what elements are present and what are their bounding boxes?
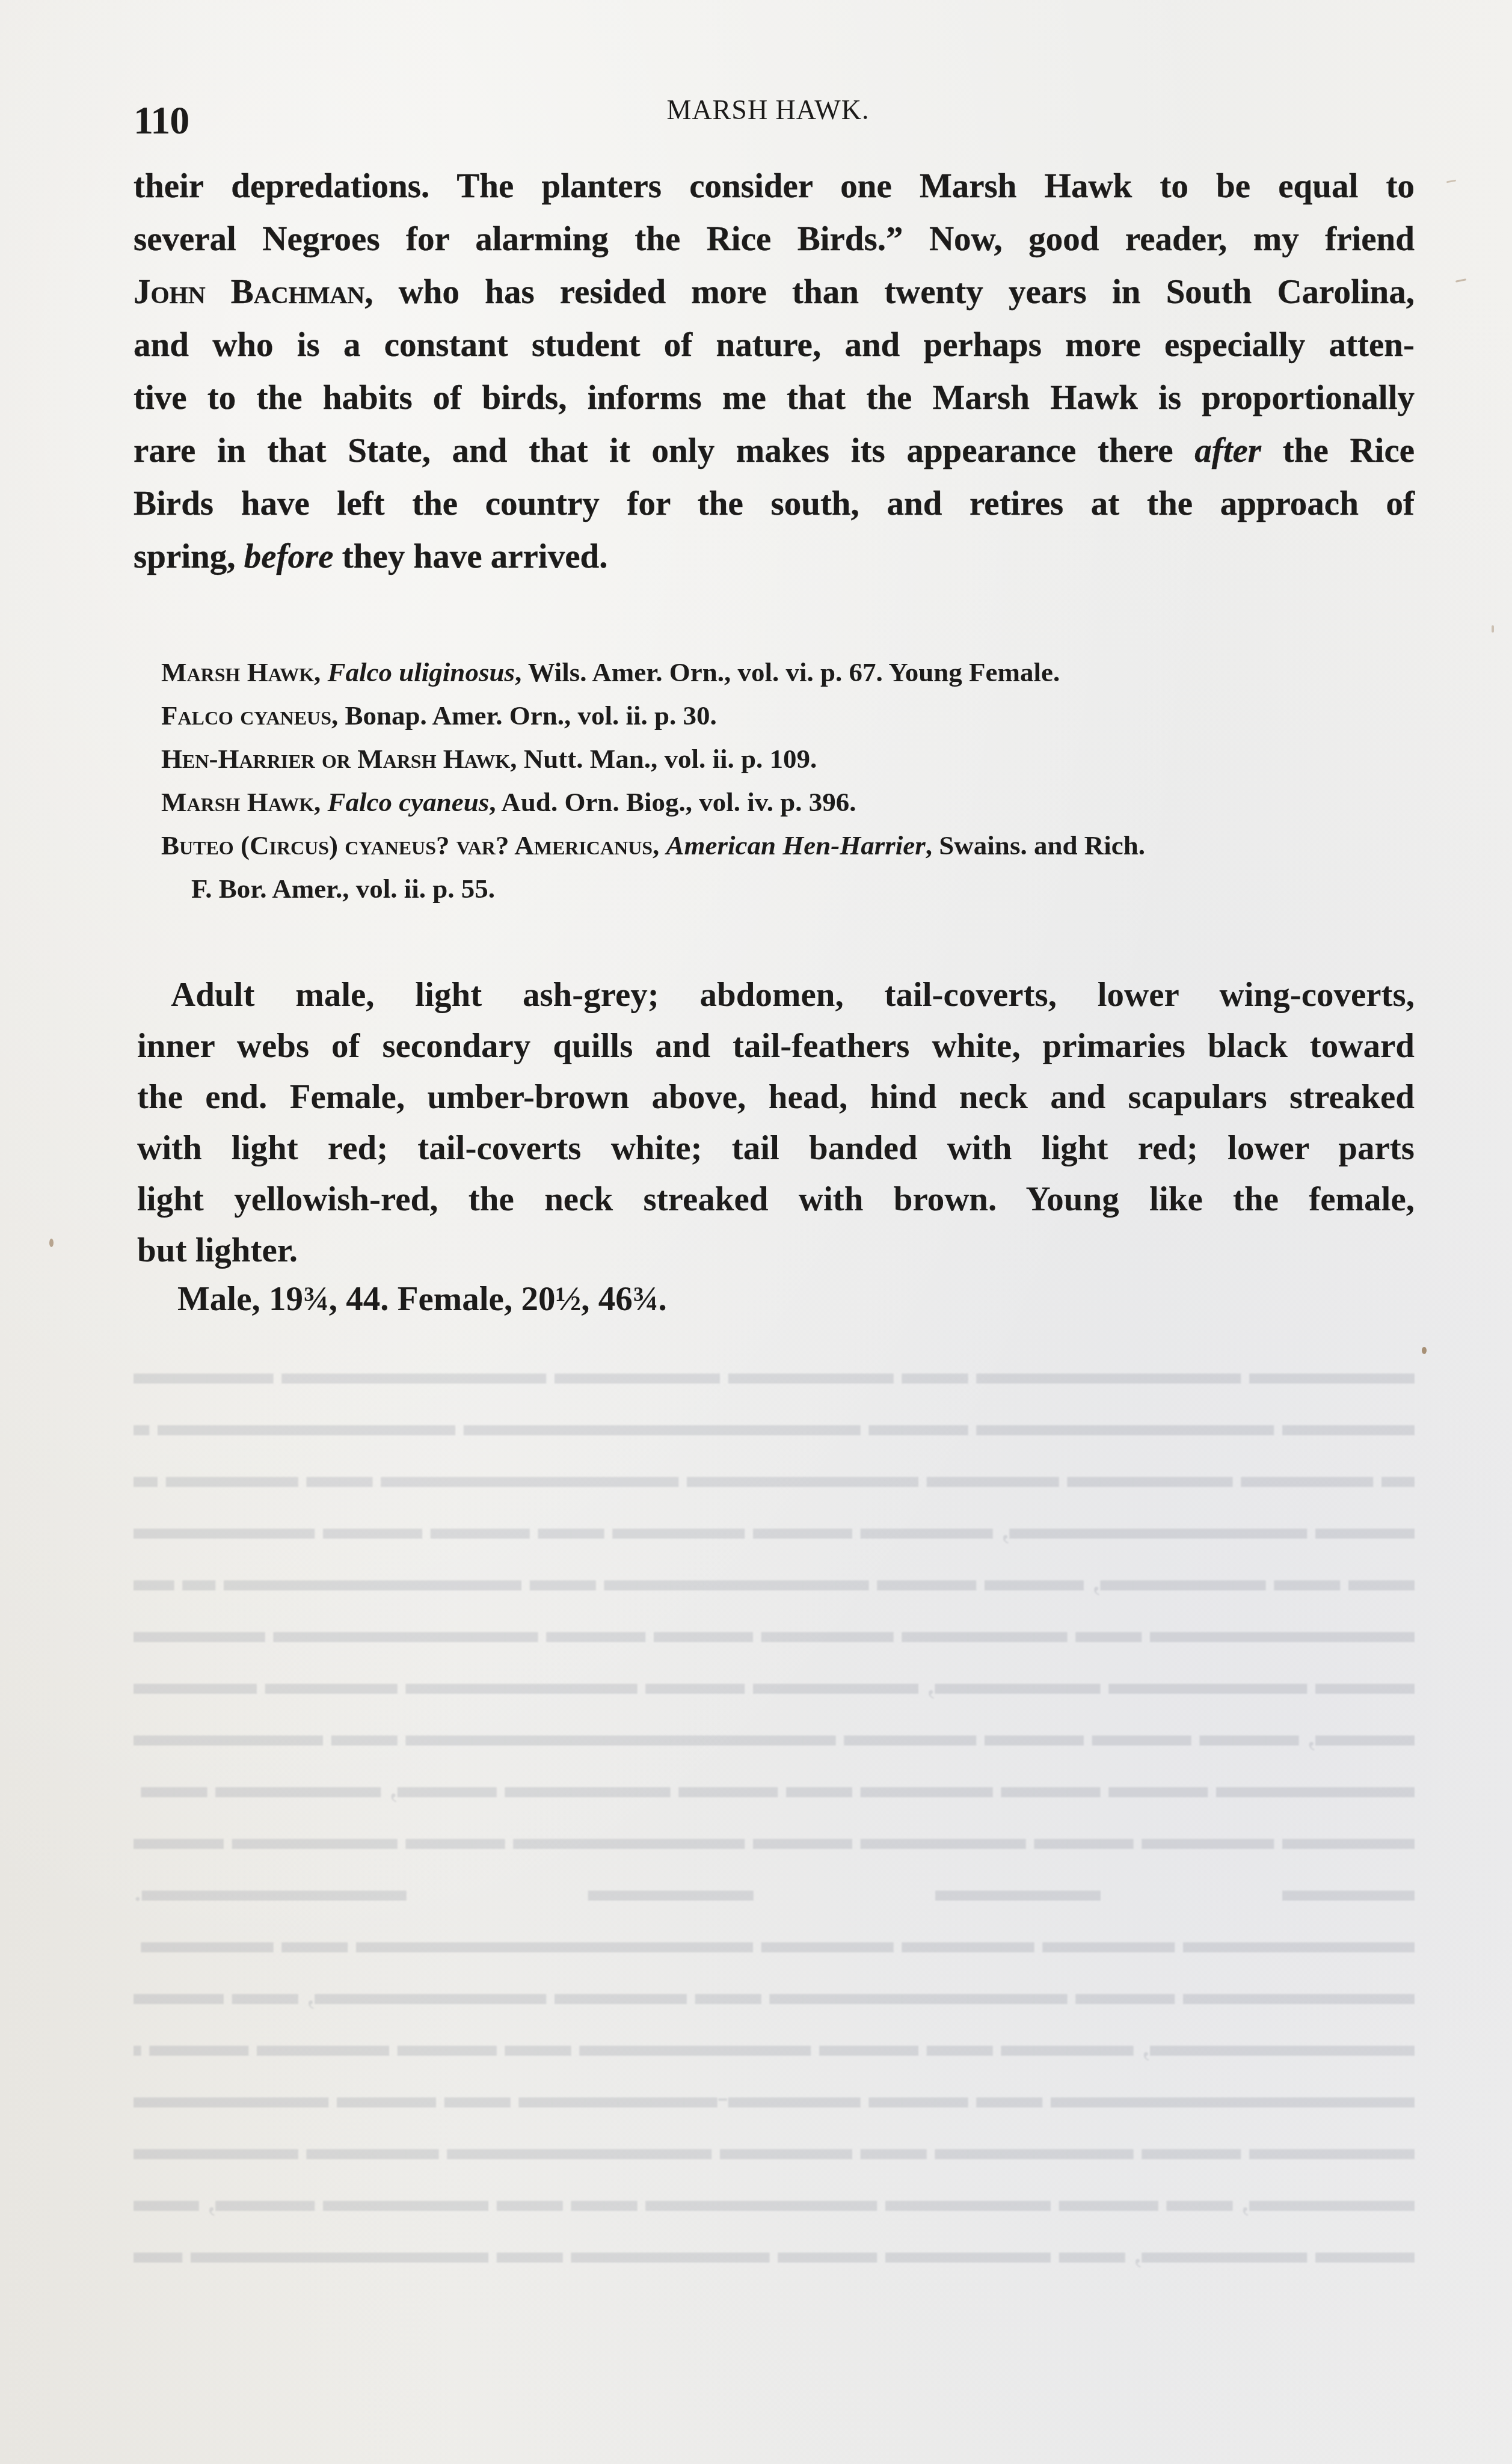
body-line: John Bachman, who has resided more than … [134,266,1415,319]
paper-speck [1422,1347,1427,1354]
emphasis-italic: before [244,538,334,575]
synonym-name: Marsh Hawk [161,787,314,817]
citation: , Nutt. Man., vol. ii. p. 109. [510,744,817,774]
text-run: the Rice [1261,432,1415,470]
body-line: tive to the habits of birds, informs me … [134,372,1415,424]
species-description: Adult male, light ash-grey; abdomen, tai… [137,969,1415,1276]
body-line: several Negroes for alarming the Rice Bi… [134,213,1415,266]
description-line: but lighter. [137,1225,1415,1276]
latin-name: Falco uliginosus [328,657,515,687]
body-line: their depredations. The planters conside… [134,160,1415,213]
description-line: the end. Female, umber-brown above, head… [137,1071,1415,1123]
text-run: spring, [134,538,244,575]
running-head: MARSH HAWK. [0,96,1512,124]
synonym-name: Falco cyaneus [161,700,331,731]
description-line: Adult male, light ash-grey; abdomen, tai… [137,969,1415,1020]
separator: , [314,657,328,687]
body-line: rare in that State, and that it only mak… [134,424,1415,477]
text-run: rare in that State, and that it only mak… [134,432,1194,470]
citation: , Aud. Orn. Biog., vol. iv. p. 396. [489,787,856,817]
body-paragraph: their depredations. The planters conside… [134,160,1415,583]
synonym-name: Hen-Harrier or Marsh Hawk [161,744,510,774]
citation: , Swains. and Rich. [926,830,1145,860]
synonymy-entry: Buteo (Circus) cyaneus? var? Americanus,… [161,824,1418,867]
common-name-italic: American Hen-Harrier [666,830,926,860]
paper-speck [49,1239,54,1247]
text-run: Birds have left the country for the sout… [134,485,1415,523]
synonymy-entry: Falco cyaneus, Bonap. Amer. Orn., vol. i… [161,694,1418,737]
text-run: they have arrived. [334,538,608,575]
synonymy-entry: Marsh Hawk, Falco uliginosus, Wils. Amer… [161,651,1418,694]
latin-name: Falco cyaneus [328,787,490,817]
text-run: several Negroes for alarming the Rice Bi… [134,220,1415,258]
synonymy-entry: Marsh Hawk, Falco cyaneus, Aud. Orn. Bio… [161,780,1418,824]
text-run: and who is a constant student of nature,… [134,326,1415,364]
paper-speck [1492,625,1494,633]
separator: , [314,787,328,817]
description-line: light yellowish-red, the neck streaked w… [137,1174,1415,1225]
synonymy-continuation: F. Bor. Amer., vol. ii. p. 55. [161,867,1418,910]
synonym-name: Marsh Hawk [161,657,314,687]
body-line: Birds have left the country for the sout… [134,477,1415,530]
emphasis-italic: after [1194,432,1261,470]
synonymy-entry: Hen-Harrier or Marsh Hawk, Nutt. Man., v… [161,737,1418,780]
paper-speck [1455,278,1466,283]
synonym-name: Buteo (Circus) cyaneus? var? Americanus [161,830,653,860]
text-run: their depredations. The planters conside… [134,167,1415,205]
description-line: with light red; tail-coverts white; tail… [137,1123,1415,1174]
body-line: spring, before they have arrived. [134,530,1415,583]
body-line: and who is a constant student of nature,… [134,319,1415,372]
synonymy-list: Marsh Hawk, Falco uliginosus, Wils. Amer… [161,651,1418,910]
bleed-through-texture: ▬▬▬▬▬ ▬▬▬▬▬▬▬▬ ▬▬ ▬▬▬▬▬ ▬▬▬▬▬ ▬▬▬▬▬▬▬▬ ▬… [134,1347,1415,2278]
measurements-line: Male, 19¾, 44. Female, 20½, 46¾. [177,1273,667,1325]
author-name-smallcaps: John Bachman [134,273,364,311]
citation: , Bonap. Amer. Orn., vol. ii. p. 30. [331,700,717,731]
separator: , [653,830,666,860]
text-run: tive to the habits of birds, informs me … [134,379,1415,417]
citation: , Wils. Amer. Orn., vol. vi. p. 67. Youn… [515,657,1060,687]
text-run: , who has resided more than twenty years… [364,273,1415,311]
description-line: inner webs of secondary quills and tail-… [137,1020,1415,1071]
paper-speck [1446,180,1456,183]
